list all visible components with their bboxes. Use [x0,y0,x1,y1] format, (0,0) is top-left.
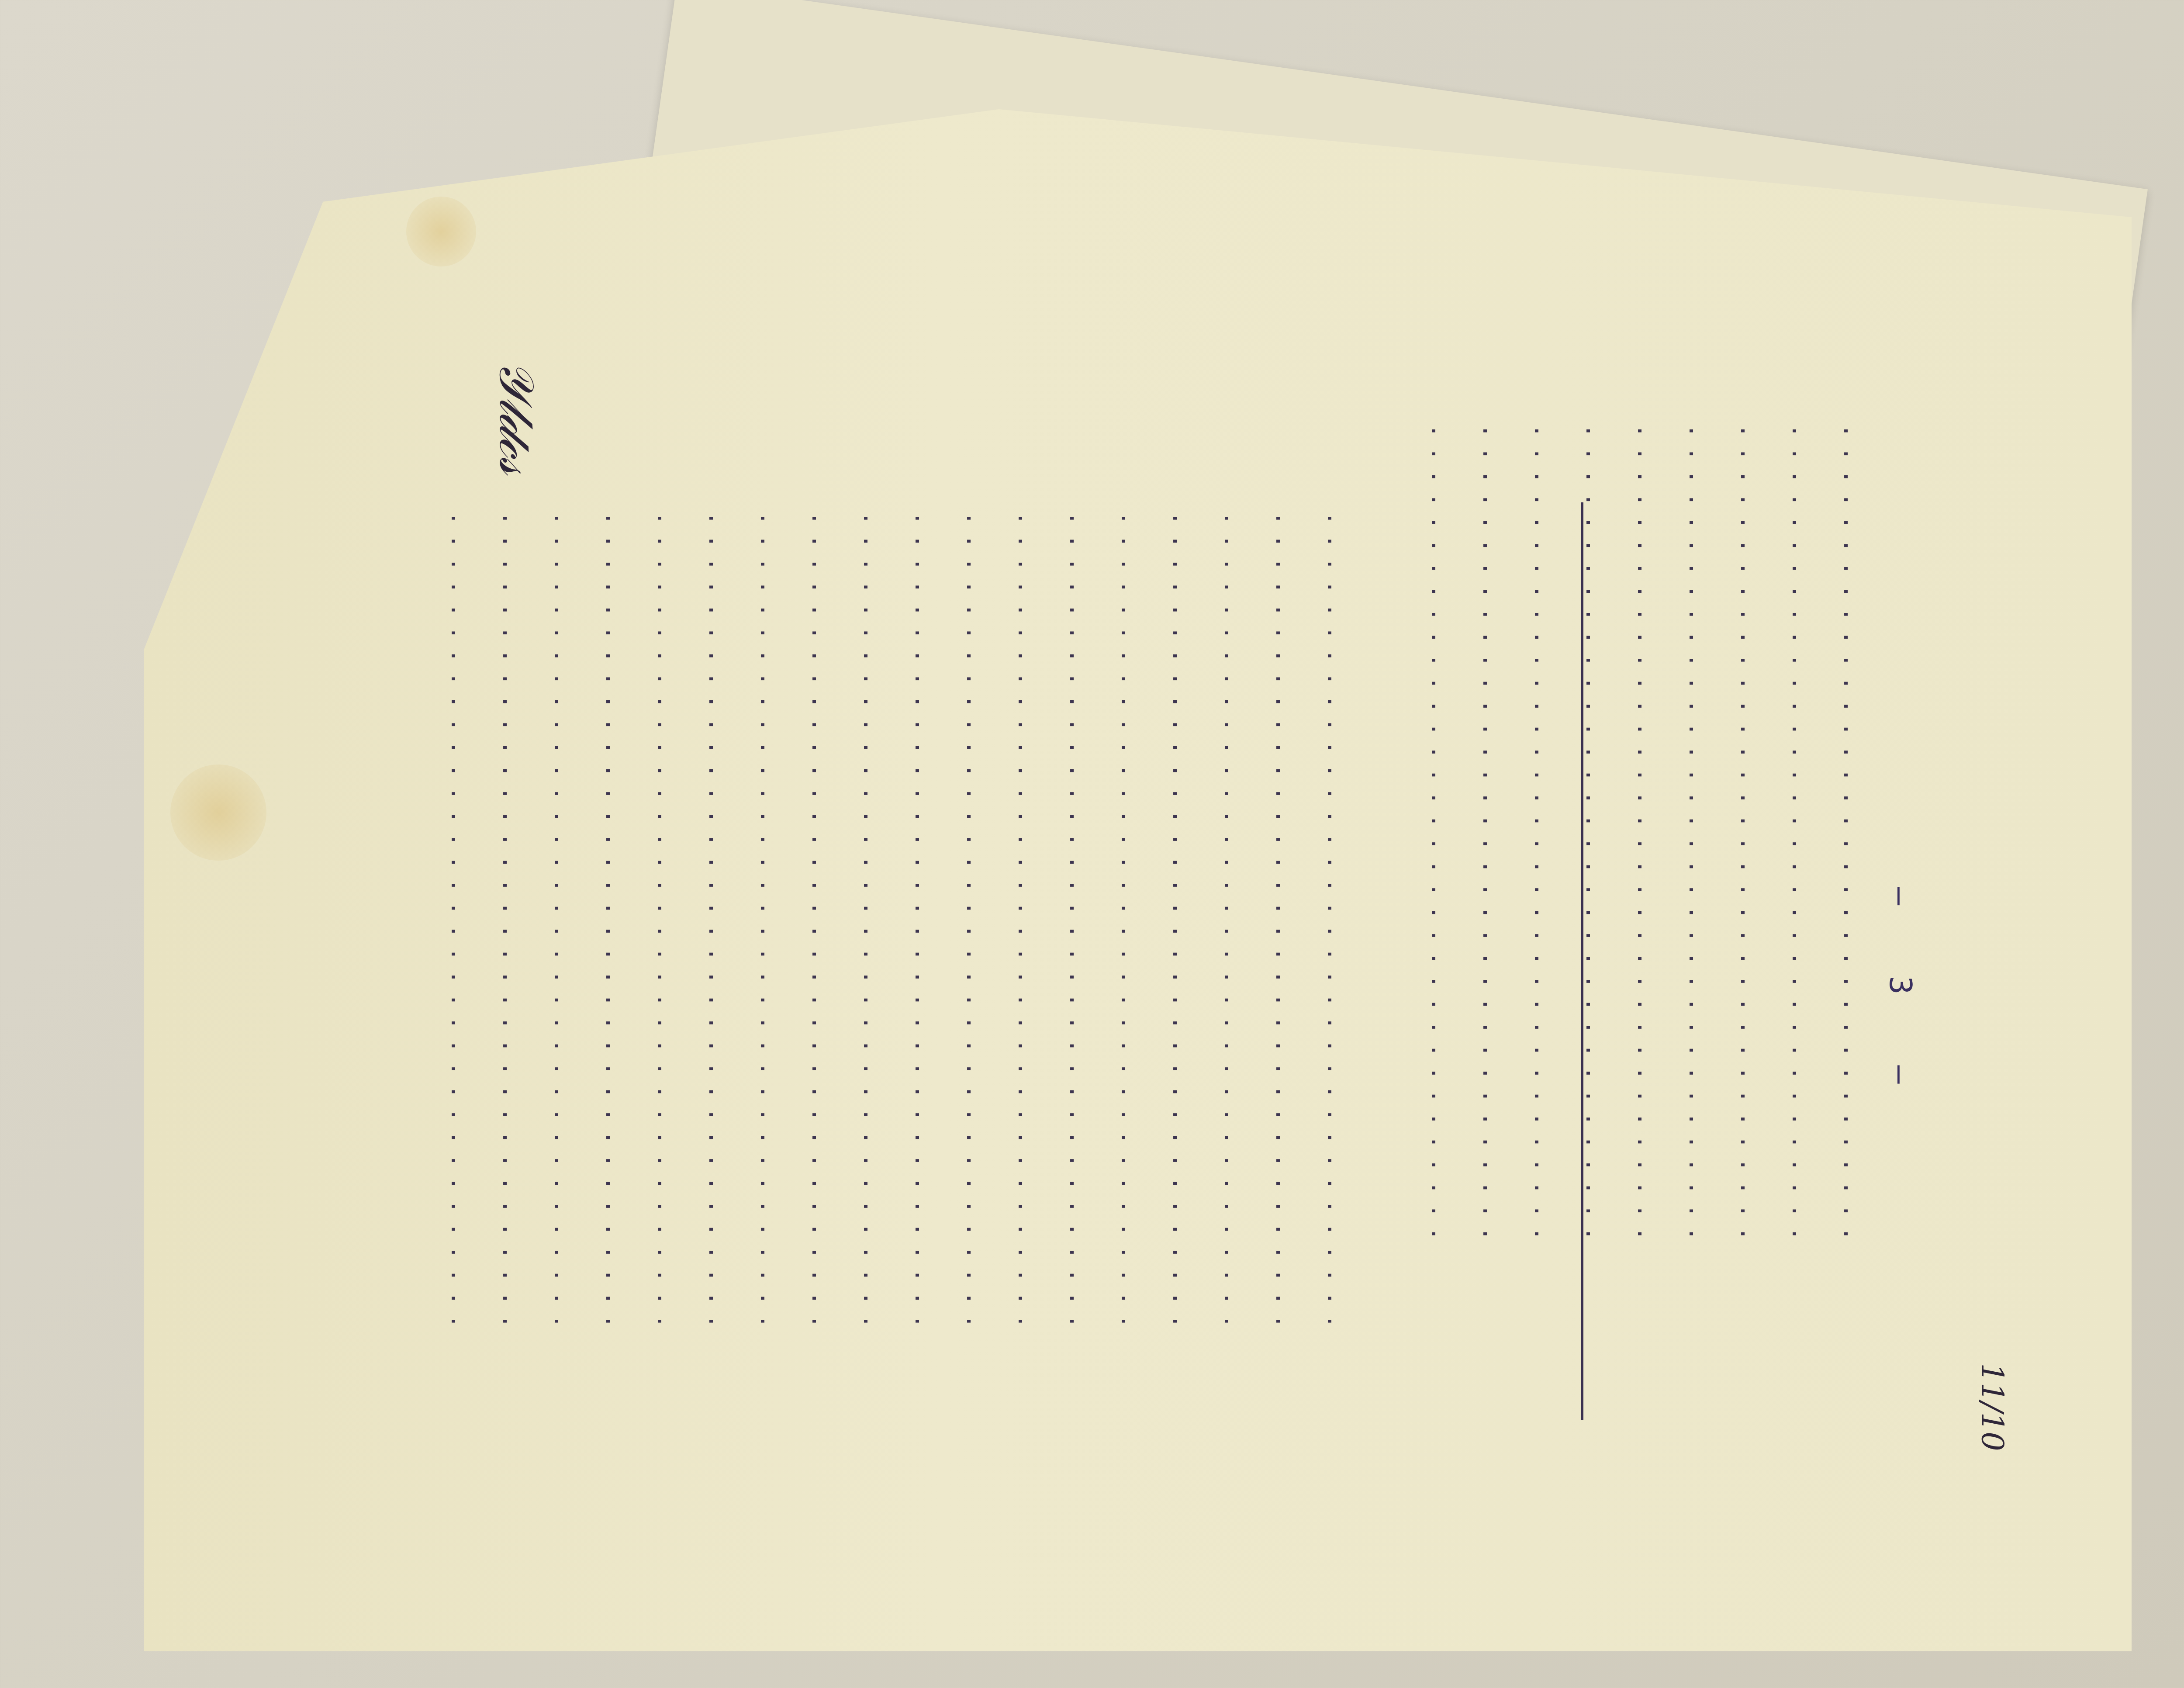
typed-line: .................................... [588,502,615,1328]
page-number: – 3 – [1883,887,1918,1110]
typed-line: .................................... [1310,502,1337,1328]
typed-line: .................................... [794,502,822,1328]
typed-line: .................................... [897,502,925,1328]
typed-line: .................................... [691,502,719,1328]
typed-line: .................................... [1155,502,1182,1328]
typed-line: .................................... [1465,415,1493,1241]
typed-line: .................................... [1103,502,1131,1328]
typed-line: .................................... [639,502,667,1328]
typed-line: .................................... [1258,502,1286,1328]
typed-line: .................................... [743,502,770,1328]
typed-underline [1581,502,1583,1420]
handwritten-signature: 𝒴𝓁𝒹𝒸𝓈 [488,360,545,474]
typed-line: .................................... [433,502,461,1328]
typed-line: .................................... [485,502,512,1328]
typed-line: .................................... [1000,502,1028,1328]
typed-line: .................................... [536,502,564,1328]
typed-line: .................................... [1826,415,1853,1241]
typed-line: .................................... [1723,415,1750,1241]
typed-line: .................................... [846,502,873,1328]
typed-line: .................................... [1517,415,1544,1241]
typed-line: .................................... [1206,502,1234,1328]
typed-line: .................................... [1052,502,1079,1328]
handwritten-date: 11/10 [1974,1363,2010,1451]
typed-line: .................................... [1620,415,1647,1241]
typed-line: .................................... [1671,415,1699,1241]
typed-text-lines: ........................................… [144,109,2132,1651]
typed-line: .................................... [949,502,976,1328]
document-page: ........................................… [144,109,2132,1651]
typed-line: .................................... [1413,415,1441,1241]
typed-line: .................................... [1774,415,1802,1241]
